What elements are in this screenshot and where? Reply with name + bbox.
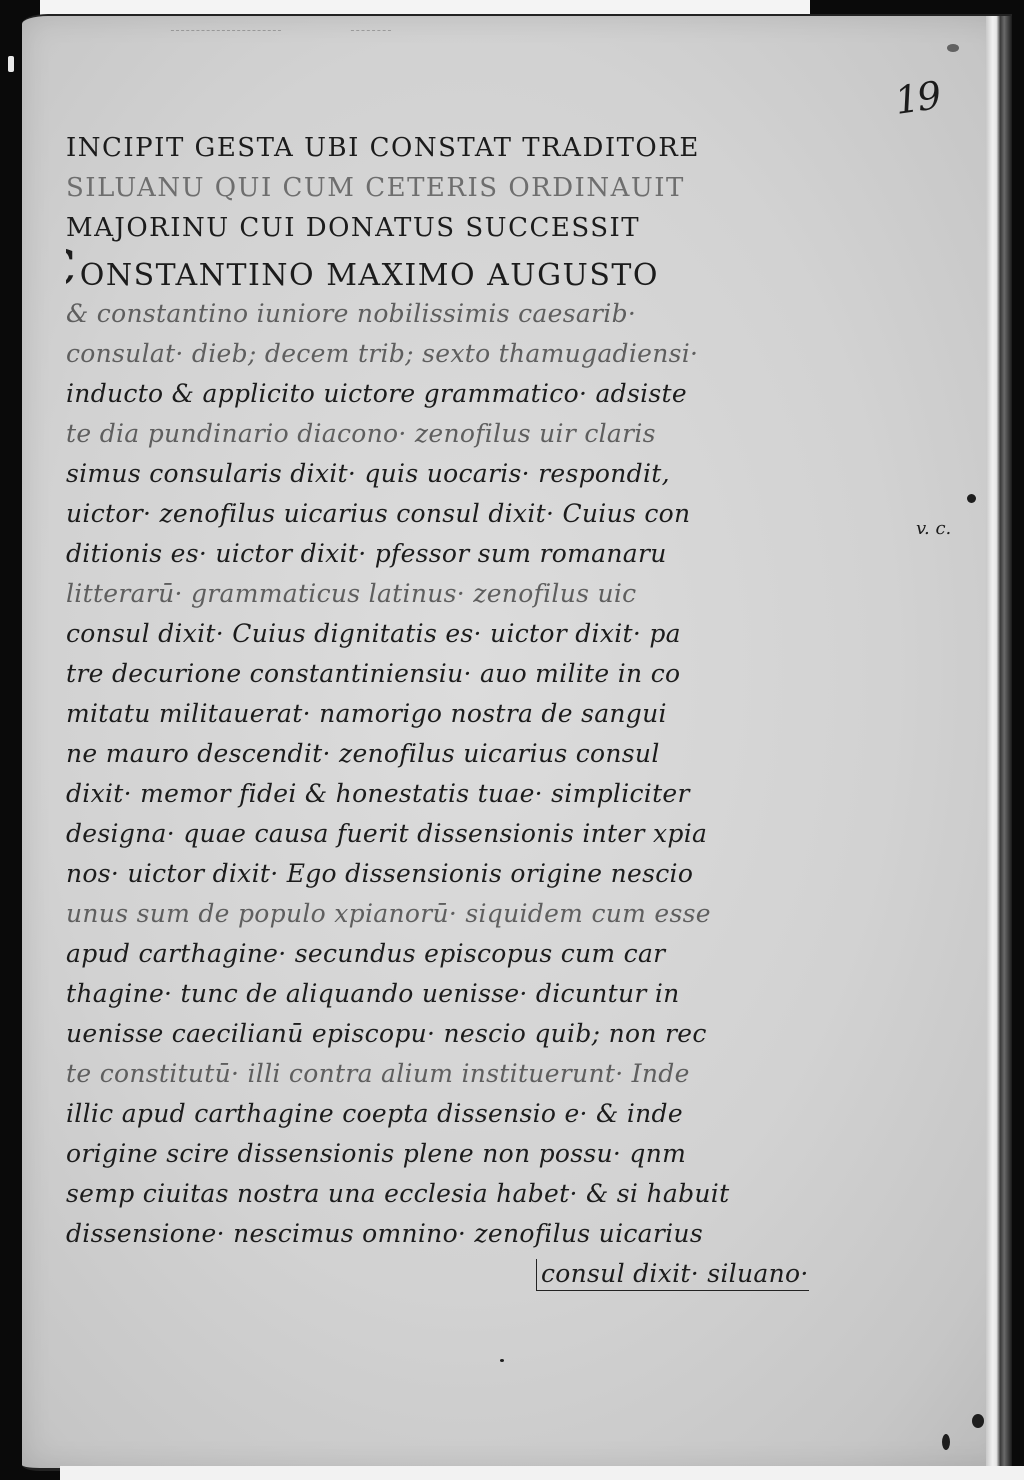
ink-spot	[967, 494, 976, 503]
closing-line-text: consul dixit· siluano·	[536, 1259, 809, 1291]
text-line: illic apud carthagine coepta dissensio e…	[66, 1094, 866, 1134]
text-line: uictor· zenofilus uicarius consul dixit·…	[66, 494, 866, 534]
text-line: origine scire dissensionis plene non pos…	[66, 1134, 866, 1174]
text-line: mitatu militauerat· namorigo nostra de s…	[66, 694, 866, 734]
ink-spot	[500, 1359, 504, 1362]
decorated-initial: C	[66, 248, 78, 294]
manuscript-text: Incipit gesta ubi constat traditore Silu…	[66, 128, 866, 1294]
text-line: inducto & applicito uictore grammatico· …	[66, 374, 866, 414]
rubric-line: Majorinu cui Donatus successit	[66, 208, 866, 248]
opening-line: Constantino maximo augusto	[66, 248, 866, 294]
text-line: te constitutū· illi contra alium institu…	[66, 1054, 866, 1094]
scan-frame: 19 v. c. Incipit gesta ubi constat tradi…	[0, 0, 1024, 1480]
text-line: designa· quae causa fuerit dissensionis …	[66, 814, 866, 854]
text-line: & constantino iuniore nobilissimis caesa…	[66, 294, 866, 334]
margin-note: v. c.	[916, 518, 951, 539]
text-line: dissensione· nescimus omnino· zenofilus …	[66, 1214, 866, 1254]
ink-spot	[947, 44, 959, 52]
text-line: ditionis es· uictor dixit· pfessor sum r…	[66, 534, 866, 574]
opening-line-text: onstantino maximo augusto	[80, 258, 659, 293]
ink-spot	[972, 1414, 984, 1428]
rubric-line: Siluanu qui cum ceteris ordinauit	[66, 168, 866, 208]
cropped-header-text	[351, 18, 393, 31]
binding-gutter	[986, 16, 1012, 1468]
text-line: semp ciuitas nostra una ecclesia habet· …	[66, 1174, 866, 1214]
text-line: apud carthagine· secundus episcopus cum …	[66, 934, 866, 974]
closing-line: consul dixit· siluano·	[66, 1254, 866, 1294]
folio-number: 19	[892, 73, 942, 123]
text-line: consulat· dieb; decem trib; sexto thamug…	[66, 334, 866, 374]
text-line: simus consularis dixit· quis uocaris· re…	[66, 454, 866, 494]
text-line: ne mauro descendit· zenofilus uicarius c…	[66, 734, 866, 774]
rubric-line: Incipit gesta ubi constat traditore	[66, 128, 866, 168]
bottom-paper-strip	[60, 1466, 1024, 1480]
text-line: dixit· memor fidei & honestatis tuae· si…	[66, 774, 866, 814]
text-line: te dia pundinario diacono· zenofilus uir…	[66, 414, 866, 454]
text-line: litterarū· grammaticus latinus· zenofilu…	[66, 574, 866, 614]
ink-spot	[942, 1434, 950, 1450]
text-line: unus sum de populo xpianorū· siquidem cu…	[66, 894, 866, 934]
text-line: consul dixit· Cuius dignitatis es· uicto…	[66, 614, 866, 654]
text-line: uenisse caecilianū episcopu· nescio quib…	[66, 1014, 866, 1054]
cropped-header-text	[171, 18, 283, 31]
text-line: thagine· tunc de aliquando uenisse· dicu…	[66, 974, 866, 1014]
text-line: nos· uictor dixit· Ego dissensionis orig…	[66, 854, 866, 894]
text-line: tre decurione constantiniensiu· auo mili…	[66, 654, 866, 694]
left-edge-tab	[8, 56, 14, 72]
